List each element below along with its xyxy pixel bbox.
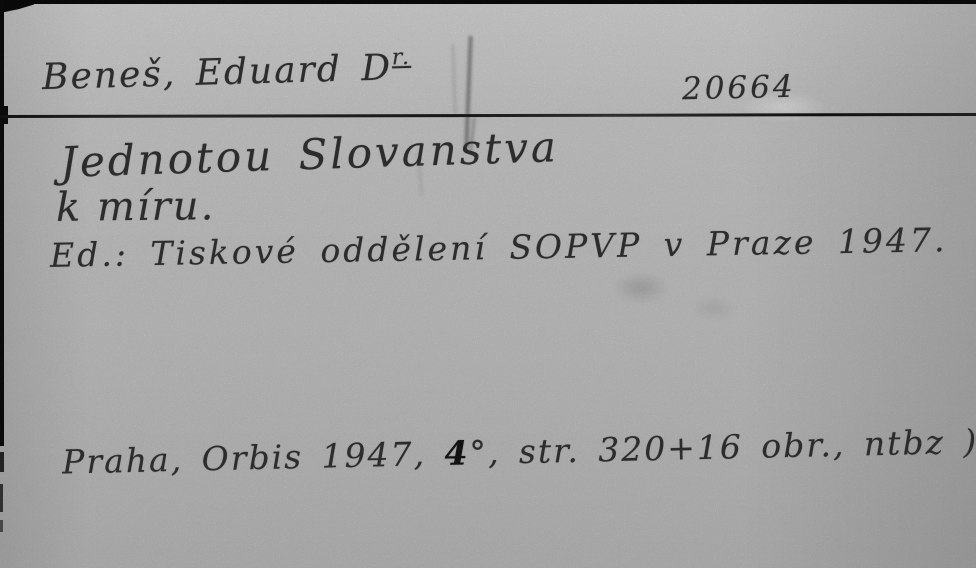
author-name: Beneš, Eduard D: [42, 47, 393, 98]
catalog-number: 20664: [682, 69, 796, 107]
author-title-superscript: r.: [391, 45, 411, 71]
scan-edge-top: [0, 0, 976, 4]
imprint-prefix: Praha, Orbis 1947,: [62, 434, 445, 482]
header-rule: [0, 113, 976, 118]
scan-edge-left: [0, 0, 4, 446]
scan-edge-top-left-corner: [0, 0, 34, 13]
book-title-line-2: k míru.: [56, 183, 216, 231]
book-title-line-1: Jednotou Slovanstva: [59, 122, 559, 187]
scan-edge-left-mark: [0, 520, 3, 532]
catalog-card: Beneš, Eduard Dr. 20664 Jednotou Slovans…: [0, 0, 976, 568]
ink-stain: [612, 272, 670, 304]
scan-edge-left-mark: [0, 484, 3, 512]
imprint-line: Praha, Orbis 1947, 4°, str. 320+16 obr.,…: [62, 421, 976, 481]
ink-stain: [692, 296, 736, 320]
scan-edge-left-mark: [0, 452, 4, 472]
format-number: 4: [444, 433, 470, 473]
crease-mark: [451, 44, 457, 114]
imprint-suffix: °, str. 320+16 obr., ntbz ).: [469, 421, 976, 472]
author-line: Beneš, Eduard Dr.: [41, 45, 411, 98]
